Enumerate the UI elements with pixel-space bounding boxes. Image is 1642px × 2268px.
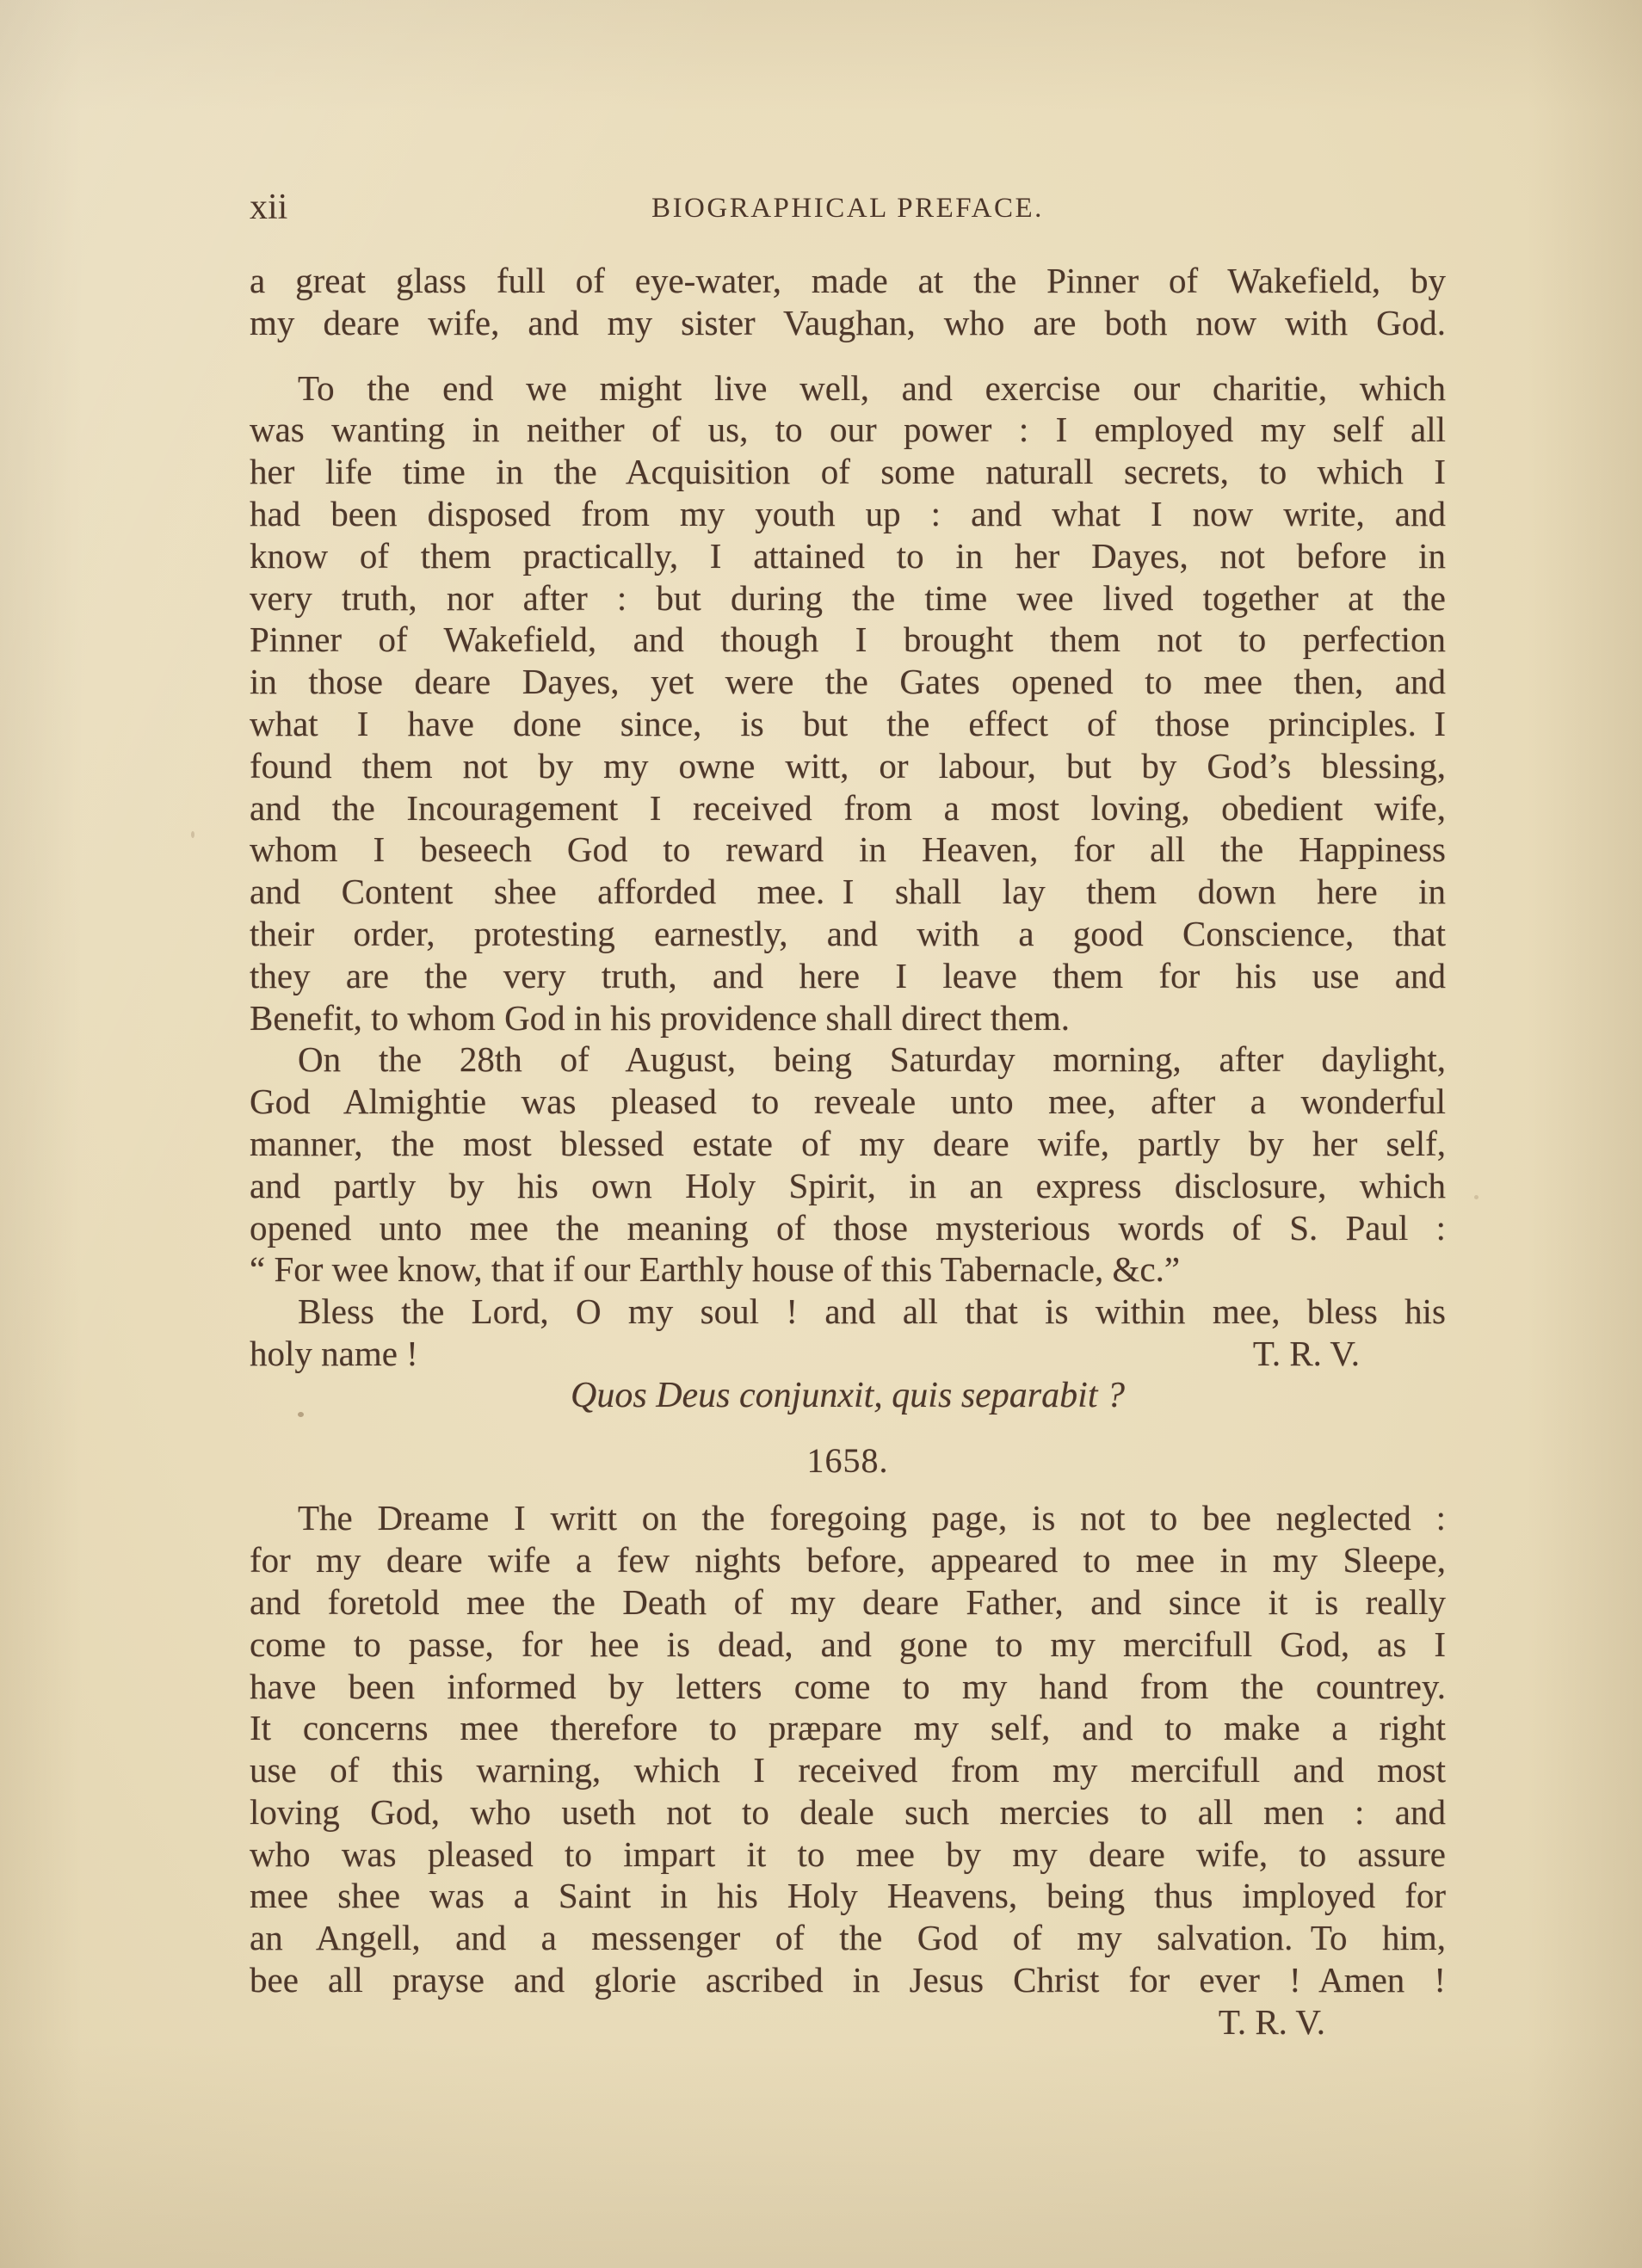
running-title: BIOGRAPHICAL PREFACE. (651, 194, 1044, 223)
text-line: and partly by his own Holy Spirit, in an… (250, 1165, 1446, 1207)
paragraph: On the 28th of August, being Saturday mo… (250, 1038, 1446, 1291)
paragraph: The Dreame I writt on the foregoing page… (250, 1497, 1446, 2001)
page-number: xii (250, 189, 287, 225)
text-line: holy name ! (250, 1333, 418, 1375)
text-line: what I have done since, is but the effec… (250, 703, 1446, 745)
text-line: they are the very truth, and here I leav… (250, 955, 1446, 997)
text-line: who was pleased to impart it to mee by m… (250, 1834, 1446, 1876)
text-line: mee shee was a Saint in his Holy Heavens… (250, 1875, 1446, 1917)
text-line: To the end we might live well, and exerc… (250, 367, 1446, 410)
text-line: in those deare Dayes, yet were the Gates… (250, 661, 1446, 703)
text-line: manner, the most blessed estate of my de… (250, 1123, 1446, 1165)
text-line: Bless the Lord, O my soul ! and all that… (250, 1291, 1446, 1333)
text-line: Benefit, to whom God in his providence s… (250, 997, 1446, 1039)
text-line: loving God, who useth not to deale such … (250, 1791, 1446, 1834)
author-initials: T. R. V. (250, 2001, 1446, 2043)
paper-speck (1474, 1195, 1478, 1199)
text-line: an Angell, and a messenger of the God of… (250, 1917, 1446, 1959)
paper-speck (191, 831, 194, 838)
text-line: had been disposed from my youth up : and… (250, 493, 1446, 535)
text-line: for my deare wife a few nights before, a… (250, 1539, 1446, 1581)
text-line: very truth, nor after : but during the t… (250, 577, 1446, 619)
text-line: bee all prayse and glorie ascribed in Je… (250, 1959, 1446, 2001)
text-line: come to passe, for hee is dead, and gone… (250, 1624, 1446, 1666)
book-page: xii BIOGRAPHICAL PREFACE. a great glass … (0, 0, 1642, 2268)
text-line: my deare wife, and my sister Vaughan, wh… (250, 302, 1446, 344)
text-line: holy name !T. R. V. (250, 1333, 1446, 1375)
text-line: and Content shee afforded mee. I shall l… (250, 871, 1446, 913)
paper-speck (298, 1412, 304, 1417)
author-initials: T. R. V. (1253, 1333, 1446, 1375)
text-line: Pinner of Wakefield, and though I brough… (250, 619, 1446, 661)
paragraph: Bless the Lord, O my soul ! and all that… (250, 1291, 1446, 1375)
text-line: On the 28th of August, being Saturday mo… (250, 1038, 1446, 1081)
latin-quote: Quos Deus conjunxit, quis separabit ? (250, 1375, 1446, 1417)
text-line: a great glass full of eye-water, made at… (250, 260, 1446, 302)
text-line: and foretold mee the Death of my deare F… (250, 1581, 1446, 1624)
text-line: God Almightie was pleased to reveale unt… (250, 1081, 1446, 1123)
text-line: know of them practically, I attained to … (250, 535, 1446, 577)
paragraph: To the end we might live well, and exerc… (250, 367, 1446, 1039)
page-header: xii BIOGRAPHICAL PREFACE. (250, 188, 1446, 231)
text-line: use of this warning, which I received fr… (250, 1749, 1446, 1791)
text-line: was wanting in neither of us, to our pow… (250, 409, 1446, 451)
text-line: their order, protesting earnestly, and w… (250, 913, 1446, 955)
text-line: opened unto mee the meaning of those mys… (250, 1207, 1446, 1249)
year-heading: 1658. (250, 1440, 1446, 1482)
text-line: and the Incouragement I received from a … (250, 787, 1446, 829)
text-line: whom I beseech God to reward in Heaven, … (250, 829, 1446, 871)
text-line: found them not by my owne witt, or labou… (250, 745, 1446, 787)
text-line: It concerns mee therefore to præpare my … (250, 1707, 1446, 1749)
paragraph: a great glass full of eye-water, made at… (250, 260, 1446, 344)
text-line: have been informed by letters come to my… (250, 1666, 1446, 1708)
page-body: a great glass full of eye-water, made at… (250, 260, 1446, 2043)
text-line: “ For wee know, that if our Earthly hous… (250, 1248, 1446, 1291)
text-line: her life time in the Acquisition of some… (250, 451, 1446, 493)
text-line: The Dreame I writt on the foregoing page… (250, 1497, 1446, 1539)
